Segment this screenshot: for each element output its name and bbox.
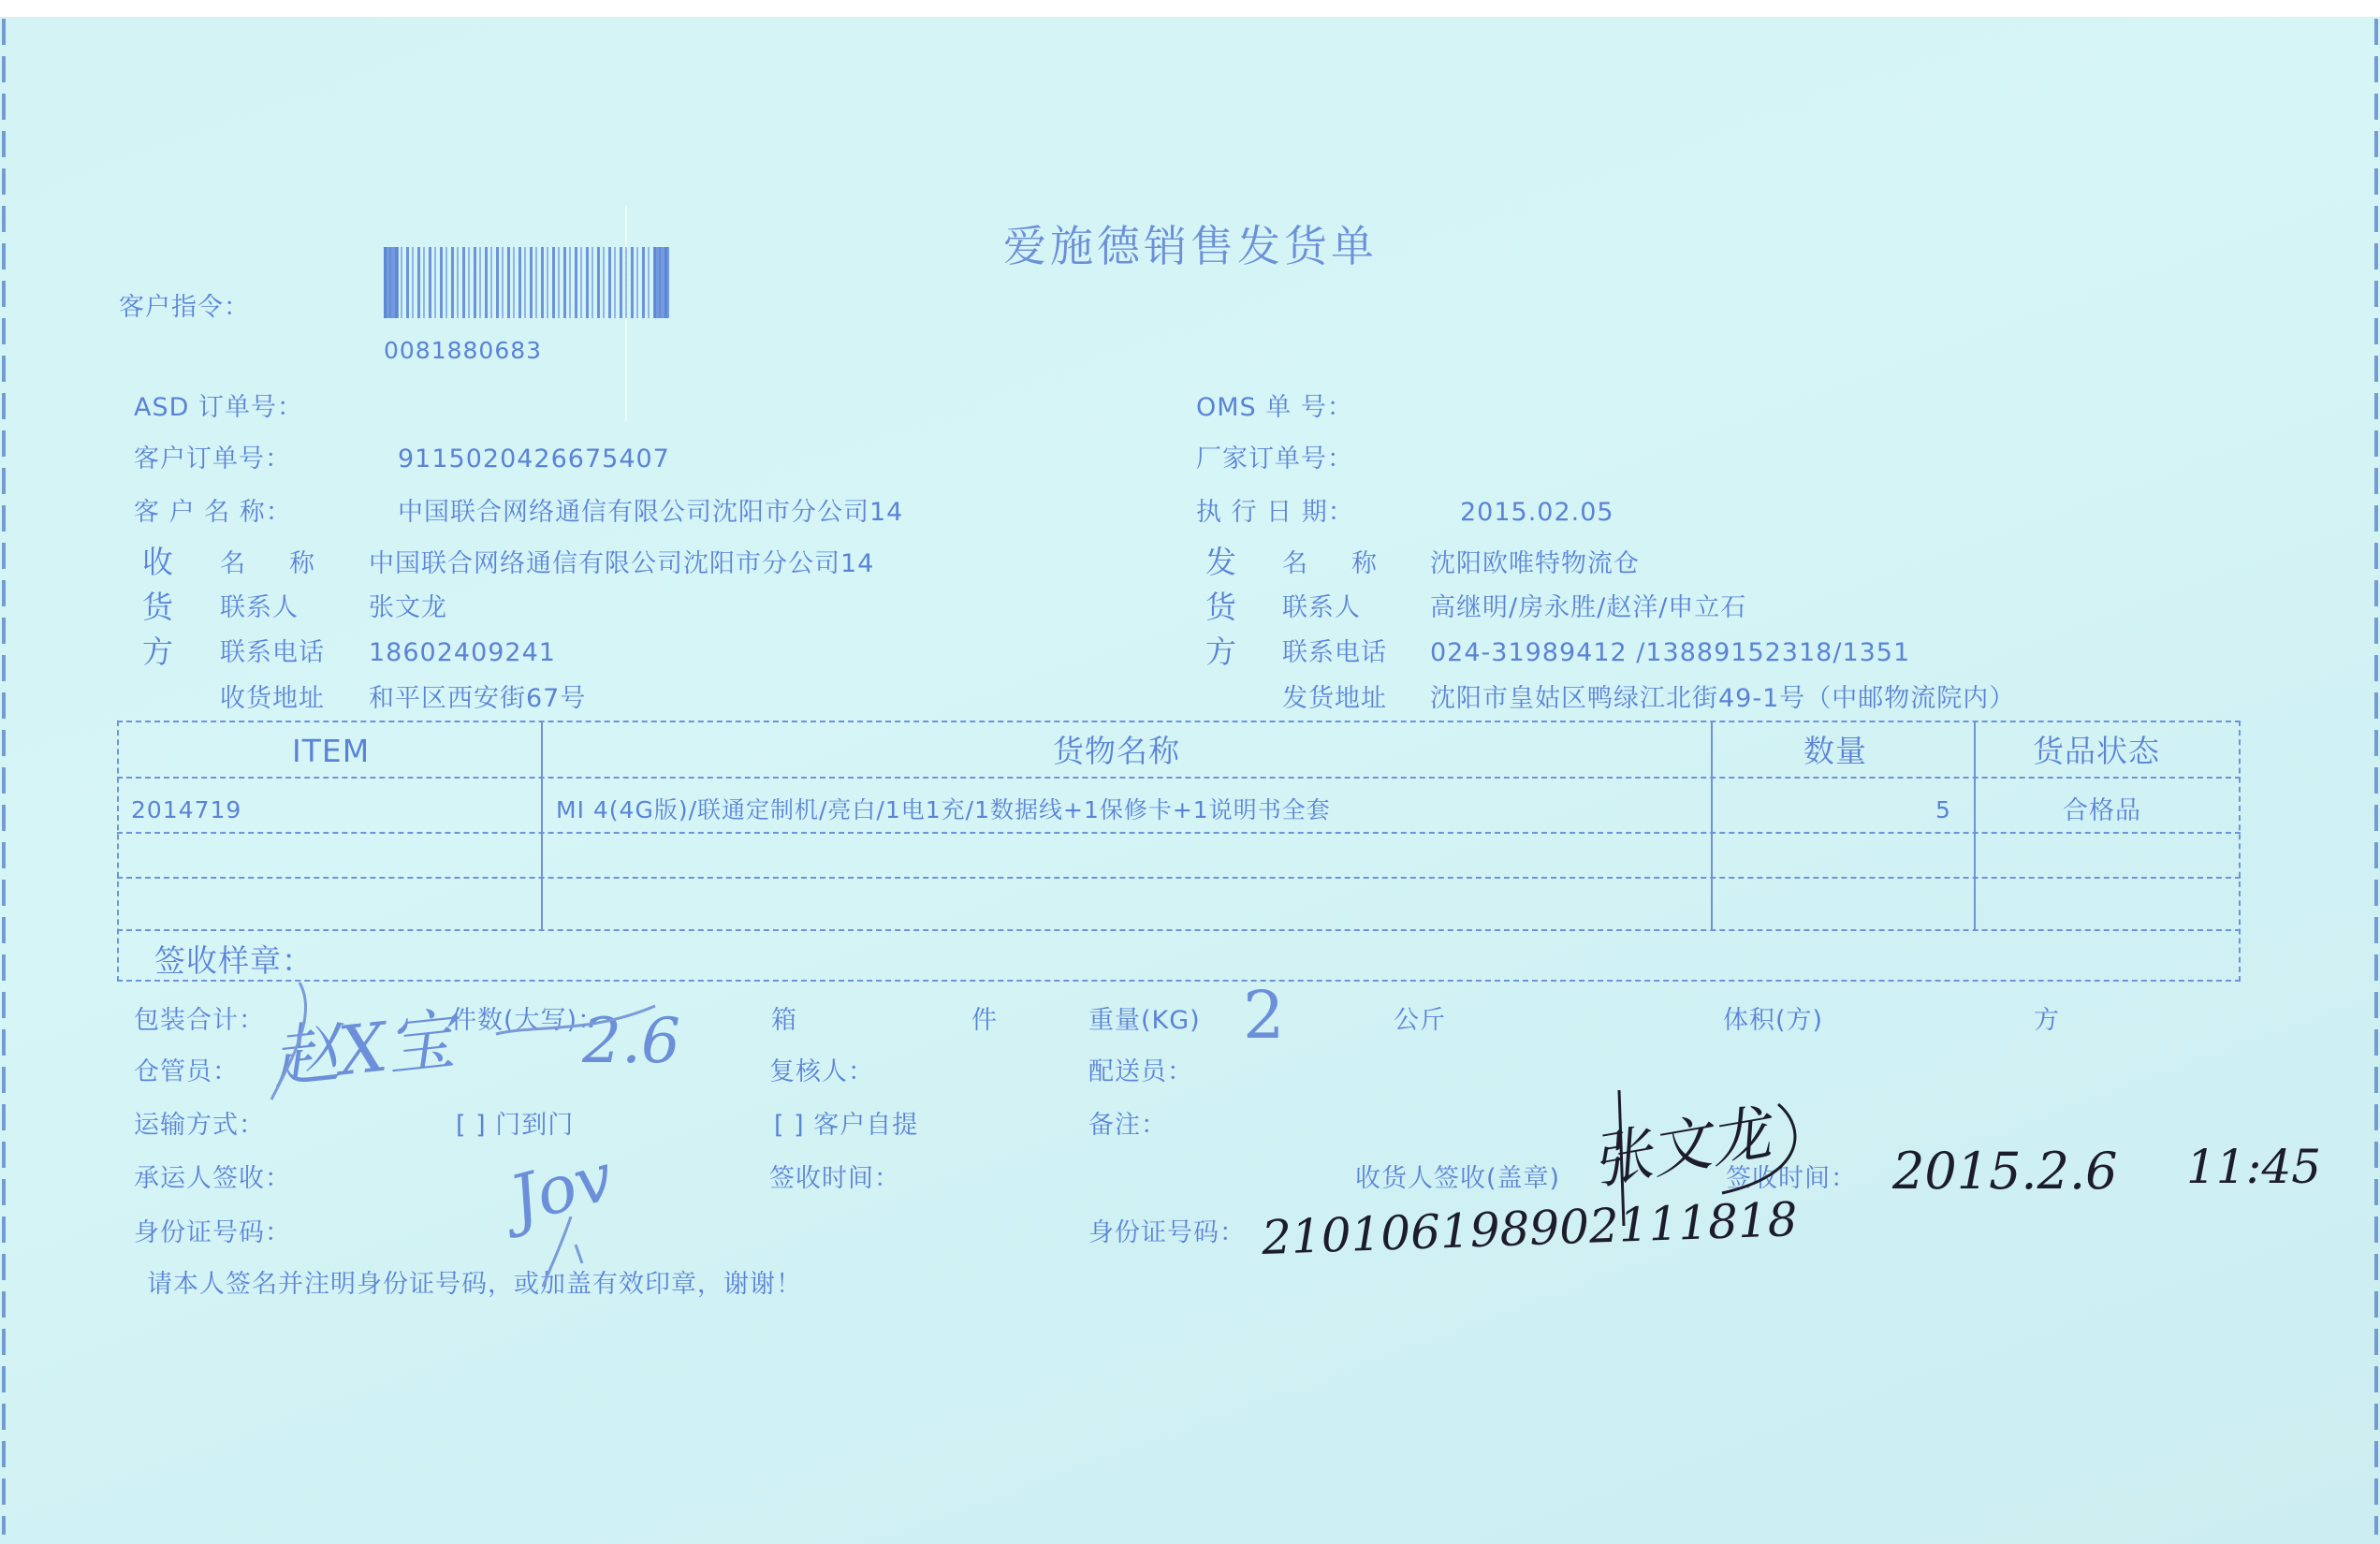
header-quantity: 数量	[1803, 736, 1867, 766]
factory-order-label: 厂家订单号：	[1196, 446, 1353, 472]
receiver-contact-value: 张文龙	[369, 595, 447, 620]
exec-date-value: 2015.02.05	[1460, 500, 1614, 525]
door-to-door-checkbox[interactable]: [ ] 门到门	[456, 1113, 574, 1138]
table-rule	[117, 929, 2241, 931]
asd-order-label: ASD 订单号：	[134, 395, 303, 420]
receiver-name-label: 名 称	[220, 551, 324, 576]
volume-unit: 方	[2034, 1008, 2060, 1033]
sign-time-label: 签收时间：	[769, 1166, 900, 1191]
sender-side-char-3: 方	[1205, 636, 1237, 667]
warehouse-keeper-label: 仓管员：	[134, 1059, 239, 1085]
header-goods-status: 货品状态	[2033, 736, 2160, 766]
reviewer-label: 复核人：	[769, 1059, 874, 1085]
box-label: 箱	[771, 1008, 797, 1033]
table-rule	[117, 832, 2241, 834]
weight-label: 重量(KG)	[1088, 1008, 1201, 1033]
customer-instruction-label: 客户指令：	[119, 295, 250, 320]
notice-text: 请本人签名并注明身份证号码，或加盖有效印章，谢谢！	[147, 1272, 802, 1297]
document-title: 爱施德销售发货单	[1003, 225, 1378, 268]
receiver-sign-label: 收货人签收(盖章)	[1355, 1166, 1560, 1191]
sign-stamp-label: 签收样章：	[154, 945, 314, 976]
receiver-address-label: 收货地址	[220, 686, 325, 711]
row-1-quantity: 5	[1935, 798, 1951, 822]
signature-strokes	[533, 1216, 608, 1291]
receiver-side-char-1: 收	[142, 546, 174, 577]
row-1-item: 2014719	[131, 798, 241, 822]
table-col-divider	[541, 721, 543, 929]
customer-order-label: 客户订单号：	[134, 446, 291, 472]
table-rule	[117, 877, 2241, 879]
sender-phone-label: 联系电话	[1282, 640, 1387, 665]
receiver-address-value: 和平区西安街67号	[369, 686, 586, 711]
left-perforation	[2, 19, 6, 1535]
receive-date-handwritten: 2015.2.6	[1892, 1146, 2117, 1197]
barcode	[384, 247, 669, 318]
sender-contact-label: 联系人	[1282, 595, 1361, 620]
customer-name-label: 客 户 名 称：	[134, 500, 292, 525]
customer-name-value: 中国联合网络通信有限公司沈阳市分公司14	[398, 500, 903, 525]
remark-label: 备注：	[1088, 1113, 1167, 1138]
receive-clock-handwritten: 11:45	[2186, 1143, 2321, 1190]
row-1-status: 合格品	[2063, 798, 2141, 823]
piece-label: 件	[971, 1008, 998, 1033]
receiver-side-char-2: 货	[142, 591, 174, 622]
sender-phone-value: 024-31989412 /13889152318/1351	[1430, 640, 1910, 665]
self-pickup-checkbox[interactable]: [ ] 客户自提	[774, 1113, 918, 1138]
signature-strokes	[253, 978, 683, 1109]
header-goods-name: 货物名称	[1053, 736, 1180, 766]
receiver-phone-value: 18602409241	[369, 640, 556, 665]
right-perforation	[2374, 19, 2378, 1535]
sender-address-label: 发货地址	[1282, 686, 1387, 711]
table-col-divider	[1711, 721, 1713, 929]
barcode-number: 0081880683	[384, 339, 542, 362]
weight-value: 2	[1243, 983, 1285, 1048]
sender-name-value: 沈阳欧唯特物流仓	[1430, 551, 1640, 576]
transport-label: 运输方式：	[134, 1113, 265, 1138]
sender-name-label: 名 称	[1282, 551, 1386, 576]
row-1-goods-name: MI 4(4G版)/联通定制机/亮白/1电1充/1数据线+1保修卡+1说明书全套	[556, 798, 1331, 822]
sender-address-value: 沈阳市皇姑区鸭绿江北街49-1号（中邮物流院内）	[1430, 686, 2015, 711]
receiver-name-value: 中国联合网络通信有限公司沈阳市分公司14	[369, 551, 874, 576]
table-col-divider	[1974, 721, 1976, 929]
exec-date-label: 执 行 日 期：	[1196, 500, 1354, 525]
header-item: ITEM	[292, 736, 370, 766]
volume-label: 体积(方)	[1723, 1008, 1823, 1033]
carrier-sign-label: 承运人签收：	[134, 1166, 291, 1191]
delivery-label: 配送员：	[1088, 1059, 1193, 1085]
kg-label: 公斤	[1394, 1008, 1446, 1033]
oms-label: OMS 单 号：	[1196, 395, 1353, 420]
sender-side-char-1: 发	[1205, 546, 1237, 577]
receiver-phone-label: 联系电话	[220, 640, 325, 665]
receiver-id-label: 身份证号码：	[1088, 1220, 1246, 1245]
sender-side-char-2: 货	[1205, 591, 1237, 622]
receiver-contact-label: 联系人	[220, 595, 299, 620]
customer-order-value: 9115020426675407	[398, 446, 670, 472]
receiver-side-char-3: 方	[142, 636, 174, 667]
sender-contact-value: 高继明/房永胜/赵洋/申立石	[1430, 595, 1746, 620]
pack-total-label: 包装合计：	[134, 1008, 265, 1033]
table-rule	[117, 777, 2241, 779]
carrier-id-label: 身份证号码：	[134, 1220, 291, 1245]
